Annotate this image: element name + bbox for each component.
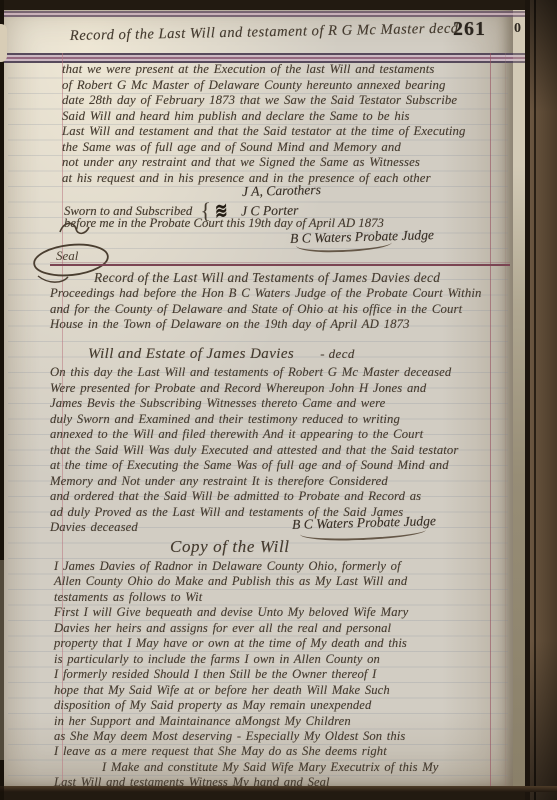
signature-flourish bbox=[296, 240, 392, 253]
stack-rule-fragment bbox=[513, 53, 525, 63]
manuscript-line: I James Davies of Radnor in Delaware Cou… bbox=[54, 559, 439, 574]
manuscript-line: I formerly resided Should I then Still b… bbox=[54, 667, 439, 682]
manuscript-line: in her Support and Maintainance aMongst … bbox=[54, 714, 439, 729]
manuscript-line: testaments as follows to Wit bbox=[54, 590, 439, 605]
manuscript-line: On this day the Last Will and testaments… bbox=[50, 365, 458, 381]
underlying-page-digit: 0 bbox=[514, 21, 521, 37]
page-edge-stack bbox=[513, 10, 525, 787]
attestation-paragraph: that we were present at the Execution of… bbox=[62, 62, 466, 186]
book-cover-edge bbox=[530, 0, 557, 800]
opposite-page-sliver bbox=[0, 560, 4, 760]
estate-heading-suffix: - decd bbox=[320, 346, 355, 361]
manuscript-line: Were presented for Probate and Record Wh… bbox=[50, 381, 458, 397]
manuscript-line: is particularly to include the farms I o… bbox=[54, 652, 439, 667]
manuscript-line: Last Will and testament and that the Sai… bbox=[62, 124, 466, 140]
manuscript-line: I Make and constitute My Said Wife Mary … bbox=[54, 760, 439, 775]
manuscript-line: hope that My Said Wife at or before her … bbox=[54, 683, 439, 698]
manuscript-line: and for the County of Delaware and State… bbox=[50, 302, 481, 318]
top-double-rule bbox=[4, 11, 513, 18]
manuscript-line: that we were present at the Execution of… bbox=[62, 62, 466, 78]
manuscript-line: Memory and Not under any restraint It is… bbox=[50, 474, 458, 490]
will-copy-paragraph: I James Davies of Radnor in Delaware Cou… bbox=[54, 559, 439, 791]
manuscript-line: at the time of Executing the Same Was of… bbox=[50, 458, 458, 474]
manuscript-line: Davies her heirs and assigns for ever al… bbox=[54, 621, 439, 636]
manuscript-line: annexed to the Will and filed therewith … bbox=[50, 427, 458, 443]
manuscript-line: duly Sworn and Examined and their testim… bbox=[50, 412, 458, 428]
manuscript-line: House in the Town of Delaware on the 19t… bbox=[50, 317, 481, 333]
davies-record-heading: Record of the Last Will and Testaments o… bbox=[94, 270, 440, 286]
opposite-page-notch bbox=[0, 24, 7, 62]
witness-signature-carothers: J A, Carothers bbox=[242, 182, 321, 200]
manuscript-line: and ordered that the Said Will be admitt… bbox=[50, 489, 458, 505]
manuscript-line: James Bevis the Subscribing Witnesses th… bbox=[50, 396, 458, 412]
ledger-photograph: 261 Record of the Last Will and testamen… bbox=[0, 0, 557, 800]
manuscript-line: Allen County Ohio do Make and Publish th… bbox=[54, 574, 439, 589]
stack-rule-fragment bbox=[513, 11, 525, 17]
estate-paragraph: On this day the Last Will and testaments… bbox=[50, 365, 458, 536]
manuscript-line: the Same was of full age and of Sound Mi… bbox=[62, 140, 466, 156]
right-margin-line bbox=[490, 53, 491, 786]
manuscript-line: property that I May have or own at the t… bbox=[54, 636, 439, 651]
page-title: Record of the Last Will and testament of… bbox=[70, 21, 459, 45]
manuscript-line: disposition of My Said property as May r… bbox=[54, 698, 439, 713]
ledger-page: 261 Record of the Last Will and testamen… bbox=[4, 10, 513, 787]
estate-heading: Will and Estate of James Davies - decd bbox=[88, 346, 355, 363]
manuscript-line: not under any restraint and that we Sign… bbox=[62, 155, 466, 171]
manuscript-line: Proceedings had before the Hon B C Water… bbox=[50, 286, 481, 302]
right-edge-line bbox=[505, 53, 506, 786]
bottom-book-edge bbox=[0, 786, 557, 792]
davies-record-paragraph: Proceedings had before the Hon B C Water… bbox=[50, 286, 481, 333]
manuscript-line: First I will Give bequeath and devise Un… bbox=[54, 605, 439, 620]
manuscript-line: I leave as a mere request that She May d… bbox=[54, 744, 439, 759]
manuscript-line: that the Said Will Was duly Executed and… bbox=[50, 443, 458, 459]
manuscript-line: date 28th day of February 1873 that we S… bbox=[62, 93, 466, 109]
manuscript-line: Said Will and heard him publish and decl… bbox=[62, 109, 466, 125]
estate-heading-text: Will and Estate of James Davies bbox=[88, 346, 294, 362]
manuscript-line: of Robert G Mc Master of Delaware County… bbox=[62, 78, 466, 94]
manuscript-line: as She May deem Most deserving - Especia… bbox=[54, 729, 439, 744]
section-separator-rule bbox=[50, 262, 510, 267]
will-copy-heading: Copy of the Will bbox=[170, 537, 290, 557]
